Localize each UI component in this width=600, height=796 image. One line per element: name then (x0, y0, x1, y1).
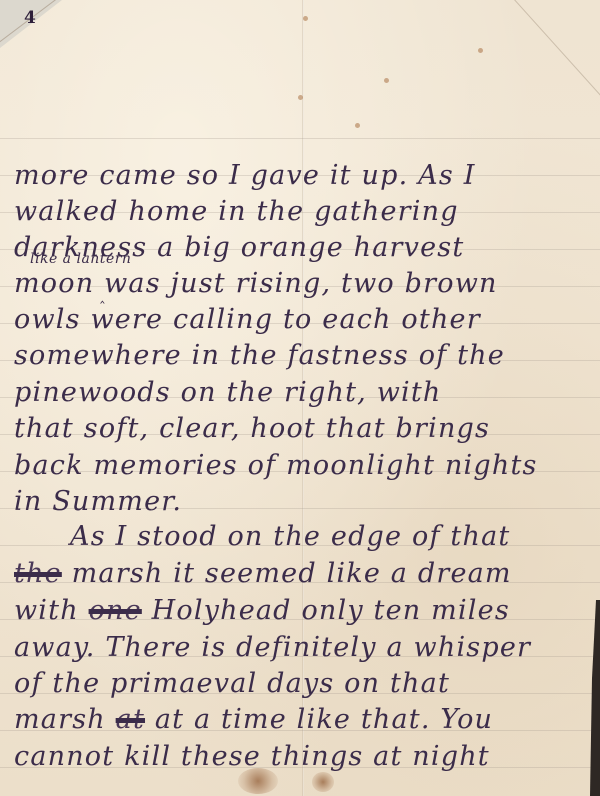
diagonal-crease (509, 0, 600, 114)
text-line: cannot kill these things at night (14, 743, 590, 770)
text-line: somewhere in the fastness of the (14, 342, 590, 369)
torn-right-edge (590, 600, 600, 796)
ink-stain (312, 772, 334, 792)
ruled-line (0, 138, 600, 139)
inserted-annotation: like a lantern (30, 251, 131, 267)
text-line: marsh at at a time like that. You (14, 706, 590, 733)
text-line: owls were calling to each other (14, 306, 590, 333)
page-number: 4 (24, 8, 36, 28)
text-line: more came so I gave it up. As I (14, 162, 590, 189)
foxing-spot (355, 123, 360, 128)
foxing-spot (478, 48, 483, 53)
struck-word: at (116, 704, 145, 735)
line-text-before: marsh (14, 704, 106, 735)
text-line: of the primaeval days on that (14, 670, 590, 697)
line-text: Holyhead only ten miles (152, 595, 510, 626)
text-line: in Summer. (14, 488, 590, 515)
text-line: the marsh it seemed like a dream (14, 560, 590, 587)
line-text-before: with (14, 595, 79, 626)
struck-word: one (89, 595, 142, 626)
foxing-spot (384, 78, 389, 83)
text-line: back memories of moonlight nights (14, 452, 590, 479)
ink-stain (238, 768, 278, 794)
text-line: with one Holyhead only ten miles (14, 597, 590, 624)
struck-word: the (14, 558, 62, 589)
foxing-spot (298, 95, 303, 100)
text-line: walked home in the gathering (14, 198, 590, 225)
text-line: moon was just rising, two brown (14, 270, 590, 297)
line-text: marsh it seemed like a dream (72, 558, 512, 589)
text-line-paragraph-start: As I stood on the edge of that (70, 523, 590, 550)
text-line: pinewoods on the right, with (14, 379, 590, 406)
text-line: that soft, clear, hoot that brings (14, 415, 590, 442)
line-text: at a time like that. You (155, 704, 493, 735)
letter-page: 4 more came so I gave it up. As I walked… (0, 0, 600, 796)
foxing-spot (303, 16, 308, 21)
text-line: away. There is definitely a whisper (14, 634, 590, 661)
